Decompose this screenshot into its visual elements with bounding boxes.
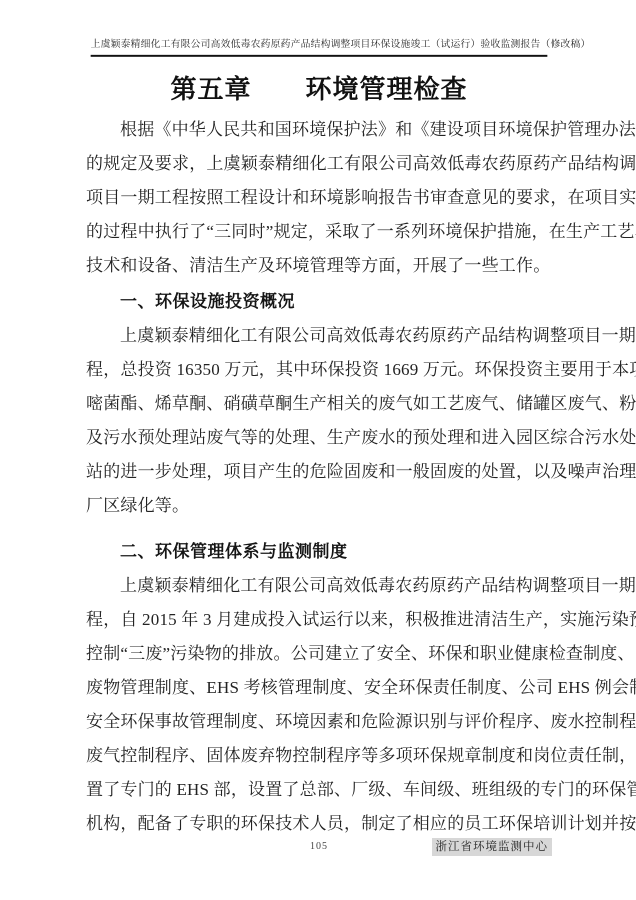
footer-org-stamp: 浙江省环境监测中心 xyxy=(432,838,553,856)
paragraph-line: 控制“三废”污染物的排放。公司建立了安全、环保和职业健康检查制度、 xyxy=(86,637,552,671)
paragraph-line: 安全环保事故管理制度、环境因素和危险源识别与评价程序、废水控制程序、 xyxy=(86,705,552,739)
paragraph-line: 废气控制程序、固体废弃物控制程序等多项环保规章制度和岗位责任制，设 xyxy=(86,739,552,773)
chapter-title: 第五章 环境管理检查 xyxy=(86,73,552,105)
paragraph-line: 厂区绿化等。 xyxy=(86,489,552,523)
paragraph-line: 机构，配备了专职的环保技术人员，制定了相应的员工环保培训计划并按计 xyxy=(86,807,552,841)
paragraph-line: 根据《中华人民共和国环境保护法》和《建设项目环境保护管理办法》 xyxy=(86,113,552,147)
paragraph-line: 废物管理制度、EHS 考核管理制度、安全环保责任制度、公司 EHS 例会制度、 xyxy=(86,671,552,705)
section-1-paragraph: 上虞颖泰精细化工有限公司高效低毒农药原药产品结构调整项目一期工 程，总投资 16… xyxy=(86,319,552,523)
paragraph-line: 的过程中执行了“三同时”规定，采取了一系列环境保护措施，在生产工艺、 xyxy=(86,215,552,249)
page-footer: 105 浙江省环境监测中心 xyxy=(86,838,552,858)
paragraph-line: 置了专门的 EHS 部，设置了总部、厂级、车间级、班组级的专门的环保管理 xyxy=(86,773,552,807)
section-heading-1: 一、环保设施投资概况 xyxy=(86,285,552,319)
paragraph-line: 技术和设备、清洁生产及环境管理等方面，开展了一些工作。 xyxy=(86,249,552,283)
page-content: 上虞颖泰精细化工有限公司高效低毒农药原药产品结构调整项目环保设施竣工（试运行）验… xyxy=(86,38,552,841)
paragraph-line: 上虞颖泰精细化工有限公司高效低毒农药原药产品结构调整项目一期工 xyxy=(86,319,552,353)
paragraph-line: 程，自 2015 年 3 月建成投入试运行以来，积极推进清洁生产，实施污染预防， xyxy=(86,603,552,637)
paragraph-line: 及污水预处理站废气等的处理、生产废水的预处理和进入园区综合污水处理 xyxy=(86,421,552,455)
paragraph-line: 程，总投资 16350 万元，其中环保投资 1669 万元。环保投资主要用于本项… xyxy=(86,353,552,387)
running-header: 上虞颖泰精细化工有限公司高效低毒农药原药产品结构调整项目环保设施竣工（试运行）验… xyxy=(91,38,548,57)
paragraph-line: 项目一期工程按照工程设计和环境影响报告书审查意见的要求，在项目实施 xyxy=(86,181,552,215)
paragraph-line: 的规定及要求，上虞颖泰精细化工有限公司高效低毒农药原药产品结构调整 xyxy=(86,147,552,181)
section-2-paragraph: 上虞颖泰精细化工有限公司高效低毒农药原药产品结构调整项目一期工 程，自 2015… xyxy=(86,569,552,841)
paragraph-line: 站的进一步处理，项目产生的危险固废和一般固废的处置，以及噪声治理、 xyxy=(86,455,552,489)
paragraph-line: 嘧菌酯、烯草酮、硝磺草酮生产相关的废气如工艺废气、储罐区废气、粉尘 xyxy=(86,387,552,421)
section-heading-2: 二、环保管理体系与监测制度 xyxy=(86,535,552,569)
document-page: 上虞颖泰精细化工有限公司高效低毒农药原药产品结构调整项目环保设施竣工（试运行）验… xyxy=(0,0,636,900)
intro-paragraph: 根据《中华人民共和国环境保护法》和《建设项目环境保护管理办法》 的规定及要求，上… xyxy=(86,113,552,283)
paragraph-line: 上虞颖泰精细化工有限公司高效低毒农药原药产品结构调整项目一期工 xyxy=(86,569,552,603)
